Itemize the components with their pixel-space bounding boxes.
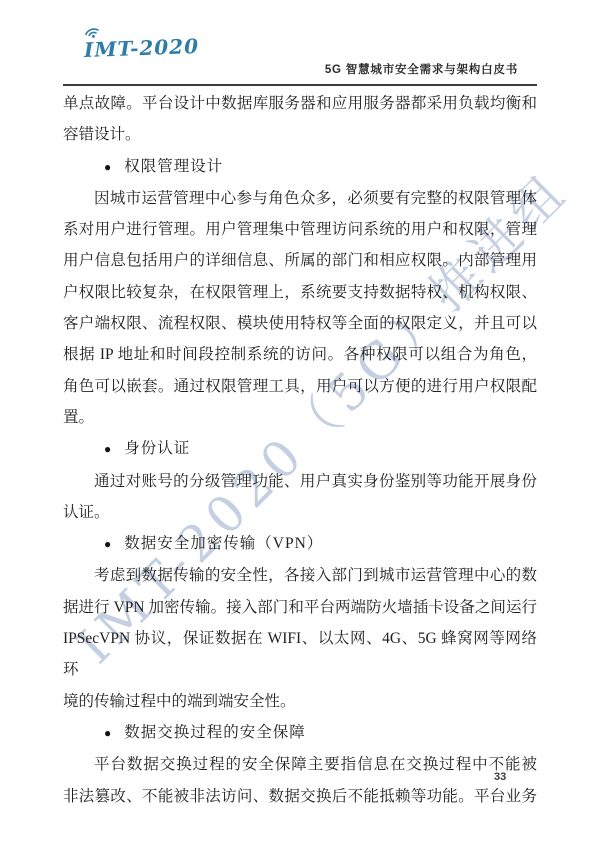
- text-line: 据进行 VPN 加密传输。接入部门和平台两端防火墙插卡设备之间运行: [63, 592, 537, 623]
- bullet-item: ●数据交换过程的安全保障: [63, 717, 537, 749]
- text-line: IPSecVPN 协议，保证数据在 WIFI、以太网、4G、5G 蜂窝网等网络环: [63, 623, 537, 686]
- text-line: 单点故障。平台设计中数据库服务器和应用服务器都采用负载均衡和: [63, 88, 537, 119]
- text-line: 非法篡改、不能被非法访问、数据交换后不能抵赖等功能。平台业务: [63, 781, 537, 812]
- bullet-item-label: 权限管理设计: [124, 158, 223, 175]
- bullet-item-label: 数据交换过程的安全保障: [124, 724, 306, 741]
- text-line: 户权限比较复杂，在权限管理上，系统要支持数据特权、机构权限、: [63, 277, 537, 308]
- logo-text: IMT-2020: [84, 34, 200, 62]
- text-line: 通过对账号的分级管理功能、用户真实身份鉴别等功能开展身份: [63, 466, 537, 497]
- bullet-dot-icon: ●: [104, 442, 111, 456]
- bullet-dot-icon: ●: [104, 537, 111, 551]
- text-line: 根据 IP 地址和时间段控制系统的访问。各种权限可以组合为角色，: [63, 339, 537, 370]
- text-line: 系对用户进行管理。用户管理集中管理访问系统的用户和权限，管理: [63, 214, 537, 245]
- bullet-item-label: 数据安全加密传输（VPN）: [124, 535, 323, 552]
- text-line: 因城市运营管理中心参与角色众多，必须要有完整的权限管理体: [63, 183, 537, 214]
- paragraph: 考虑到数据传输的安全性，各接入部门到城市运营管理中心的数据进行 VPN 加密传输…: [63, 560, 537, 716]
- bullet-dot-icon: ●: [104, 160, 111, 174]
- text-line: 考虑到数据传输的安全性，各接入部门到城市运营管理中心的数: [63, 560, 537, 591]
- header-rule: [63, 84, 537, 86]
- text-line: 容错设计。: [63, 119, 537, 150]
- text-line: 认证。: [63, 497, 537, 528]
- bullet-item-label: 身份认证: [124, 440, 190, 457]
- bullet-dot-icon: ●: [104, 726, 111, 740]
- text-line: 用户信息包括用户的详细信息、所属的部门和相应权限。内部管理用: [63, 245, 537, 276]
- bullet-item: ●权限管理设计: [63, 151, 537, 183]
- bullet-item: ●数据安全加密传输（VPN）: [63, 528, 537, 560]
- paragraph: 因城市运营管理中心参与角色众多，必须要有完整的权限管理体系对用户进行管理。用户管…: [63, 183, 537, 433]
- text-line: 置。: [63, 402, 537, 433]
- paragraph: 通过对账号的分级管理功能、用户真实身份鉴别等功能开展身份认证。: [63, 466, 537, 529]
- text-line: 客户端权限、流程权限、模块使用特权等全面的权限定义，并且可以: [63, 308, 537, 339]
- paragraph: 单点故障。平台设计中数据库服务器和应用服务器都采用负载均衡和容错设计。: [63, 88, 537, 151]
- document-page: { "header": { "logo_text": "IMT-2020", "…: [0, 0, 600, 848]
- imt-2020-logo: IMT-2020: [84, 34, 200, 62]
- paragraph: 平台数据交换过程的安全保障主要指信息在交换过程中不能被非法篡改、不能被非法访问、…: [63, 749, 537, 812]
- text-line: 平台数据交换过程的安全保障主要指信息在交换过程中不能被: [63, 749, 537, 780]
- bullet-item: ●身份认证: [63, 433, 537, 465]
- document-header-title: 5G 智慧城市安全需求与架构白皮书: [325, 61, 518, 77]
- text-line: 角色可以嵌套。通过权限管理工具，用户可以方便的进行用户权限配: [63, 371, 537, 402]
- body-text: 单点故障。平台设计中数据库服务器和应用服务器都采用负载均衡和容错设计。 ●权限管…: [63, 88, 537, 812]
- text-line: 境的传输过程中的端到端安全性。: [63, 686, 537, 717]
